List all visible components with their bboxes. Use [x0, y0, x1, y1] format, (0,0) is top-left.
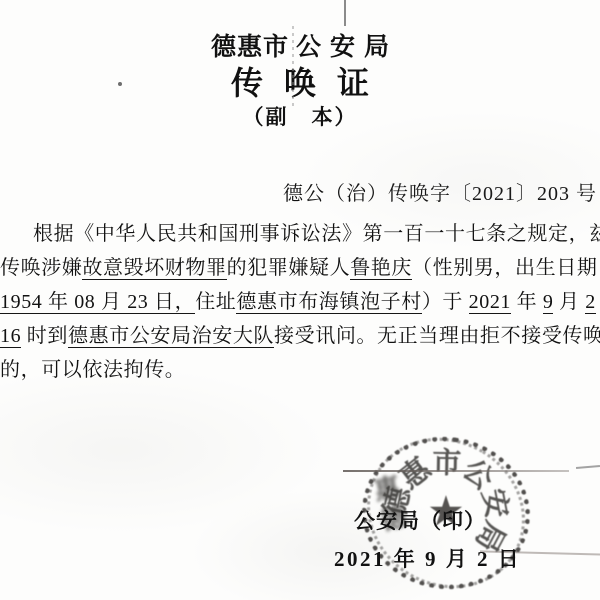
- body-line: 的，可以依法拘传。: [0, 353, 600, 387]
- seal-caption: 公安局（印）: [354, 505, 486, 535]
- scan-artifact-top-mark: [344, 0, 346, 26]
- filled-field-text: 鲁艳庆: [350, 257, 412, 280]
- form-text: 年: [511, 291, 543, 313]
- form-text: 月: [553, 291, 585, 313]
- form-text: 的，可以依法拘传。: [0, 359, 185, 381]
- document-title: 传唤证: [0, 58, 600, 104]
- body-line: 1954 年 08 月 23 日，住址德惠市布海镇泡子村）于 2021 年 9 …: [0, 285, 600, 319]
- filled-field-text: 1954 年 08 月 23 日，: [0, 291, 195, 314]
- filled-field-text: 德惠市公安局治安大队: [68, 325, 274, 348]
- filled-field-text: 德惠市布海镇泡子村: [236, 291, 421, 314]
- agency-name: 公安局: [296, 34, 398, 61]
- filled-field-text: 16: [0, 325, 21, 348]
- form-text: ）于: [422, 291, 469, 313]
- body-line: 16 时到德惠市公安局治安大队接受讯问。无正当理由拒不接受传唤: [0, 319, 600, 353]
- form-text: 传唤涉嫌: [0, 257, 82, 279]
- form-text: 日: [596, 291, 600, 313]
- body-line: 传唤涉嫌故意毁坏财物罪的犯罪嫌疑人鲁艳庆（性别男，出生日期: [0, 251, 600, 285]
- body-paragraph: 根据《中华人民共和国刑事诉讼法》第一百一十七条之规定，兹传唤涉嫌故意毁坏财物罪的…: [0, 217, 600, 387]
- copy-label: （副 本）: [0, 101, 600, 131]
- form-text: 的犯罪嫌疑人: [227, 257, 351, 279]
- body-line: 根据《中华人民共和国刑事诉讼法》第一百一十七条之规定，兹: [0, 217, 600, 251]
- form-text: 时到: [21, 325, 68, 347]
- filled-field-text: 2: [585, 291, 596, 314]
- form-text: 住址: [195, 291, 236, 313]
- form-text: （性别男，出生日期: [412, 257, 597, 279]
- filled-field-text: 故意毁坏财物罪: [82, 257, 226, 280]
- summons-document-scan: 德惠市公安局 传唤证 （副 本） 德公（治）传唤字〔2021〕203 号 根据《…: [0, 0, 600, 600]
- scan-fold-line-dash: [576, 465, 600, 469]
- filled-field-text: 2021: [469, 291, 511, 314]
- form-text: 接受讯问。无正当理由拒不接受传唤: [274, 325, 600, 347]
- filled-field-text: 9: [543, 291, 554, 314]
- form-text: 根据《中华人民共和国刑事诉讼法》第一百一十七条之规定，兹: [33, 223, 600, 245]
- document-number: 德公（治）传唤字〔2021〕203 号: [283, 177, 597, 206]
- issue-date: 2021 年 9 月 2 日: [334, 543, 521, 573]
- agency-prefix: 德惠市: [211, 34, 289, 61]
